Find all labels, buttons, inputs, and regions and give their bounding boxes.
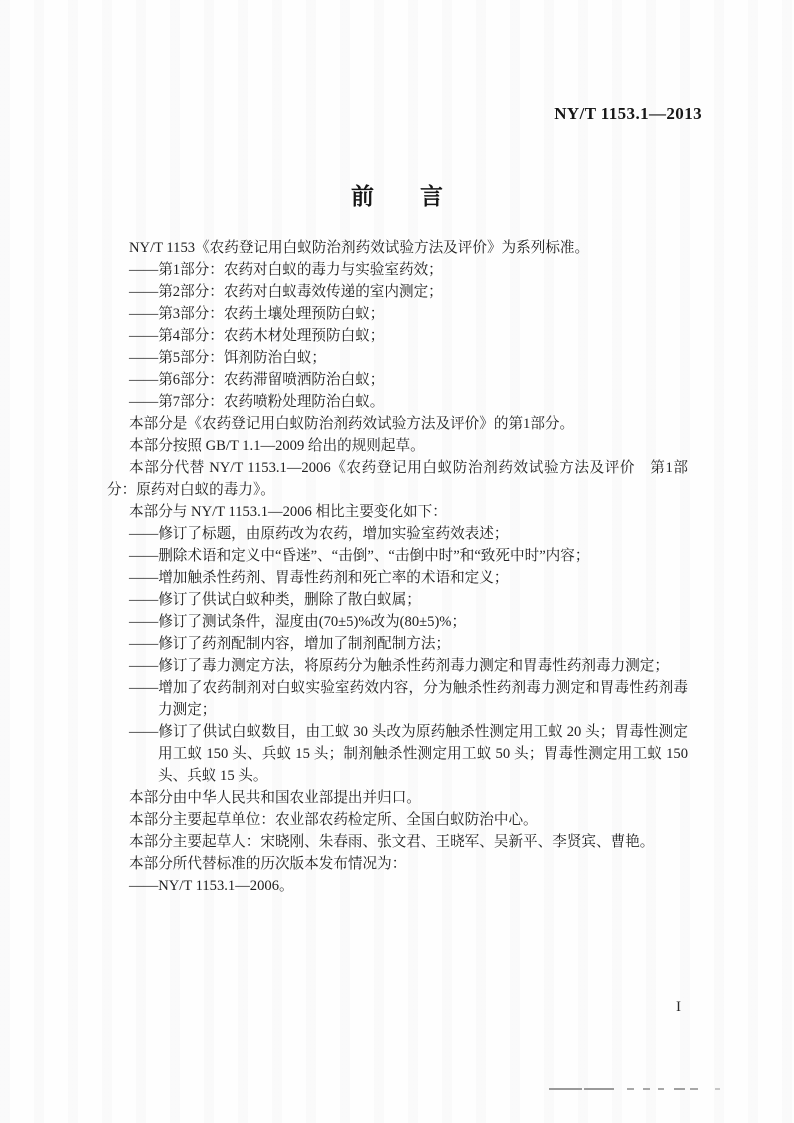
list-item: ——NY/T 1153.1—2006。 (107, 875, 688, 897)
list-item: ——删除术语和定义中“昏迷”、“击倒”、“击倒中时”和“致死中时”内容； (107, 545, 688, 567)
paragraph: 本部分主要起草单位：农业部农药检定所、全国白蚁防治中心。 (107, 809, 688, 831)
scan-dash-marks (549, 1087, 720, 1090)
list-item: ——第6部分：农药滞留喷洒防治白蚁； (107, 369, 688, 391)
body-text: NY/T 1153《农药登记用白蚁防治剂药效试验方法及评价》为系列标准。——第1… (107, 237, 688, 897)
paragraph: 本部分是《农药登记用白蚁防治剂药效试验方法及评价》的第1部分。 (107, 413, 688, 435)
paragraph: 本部分与 NY/T 1153.1—2006 相比主要变化如下： (107, 501, 688, 523)
document-page: NY/T 1153.1—2013 前 言 NY/T 1153《农药登记用白蚁防治… (0, 0, 794, 1123)
page-title: 前 言 (0, 178, 794, 211)
list-item: ——增加触杀性药剂、胃毒性药剂和死亡率的术语和定义； (107, 567, 688, 589)
list-item: ——修订了标题，由原药改为农药，增加实验室药效表述； (107, 523, 688, 545)
list-item: ——修订了毒力测定方法，将原药分为触杀性药剂毒力测定和胃毒性药剂毒力测定； (107, 655, 688, 677)
list-item: ——第4部分：农药木材处理预防白蚁； (107, 325, 688, 347)
list-item: ——修订了供试白蚁数目，由工蚁 30 头改为原药触杀性测定用工蚁 20 头；胃毒… (107, 721, 688, 787)
paragraph: NY/T 1153《农药登记用白蚁防治剂药效试验方法及评价》为系列标准。 (107, 237, 688, 259)
paragraph: 本部分按照 GB/T 1.1—2009 给出的规则起草。 (107, 435, 688, 457)
list-item: ——第2部分：农药对白蚁毒效传递的室内测定； (107, 281, 688, 303)
list-item: ——第1部分：农药对白蚁的毒力与实验室药效； (107, 259, 688, 281)
paragraph: 本部分代替 NY/T 1153.1—2006《农药登记用白蚁防治剂药效试验方法及… (107, 457, 688, 501)
paragraph: 本部分主要起草人：宋晓刚、朱春雨、张文君、王晓军、吴新平、李贤宾、曹艳。 (107, 831, 688, 853)
list-item: ——第7部分：农药喷粉处理防治白蚁。 (107, 391, 688, 413)
page-number: I (676, 999, 681, 1016)
list-item: ——第5部分：饵剂防治白蚁； (107, 347, 688, 369)
standard-number: NY/T 1153.1—2013 (554, 104, 702, 124)
list-item: ——增加了农药制剂对白蚁实验室药效内容，分为触杀性药剂毒力测定和胃毒性药剂毒力测… (107, 677, 688, 721)
paragraph: 本部分所代替标准的历次版本发布情况为： (107, 853, 688, 875)
list-item: ——修订了测试条件，湿度由(70±5)%改为(80±5)%； (107, 611, 688, 633)
paragraph: 本部分由中华人民共和国农业部提出并归口。 (107, 787, 688, 809)
list-item: ——修订了药剂配制内容，增加了制剂配制方法； (107, 633, 688, 655)
list-item: ——第3部分：农药土壤处理预防白蚁； (107, 303, 688, 325)
list-item: ——修订了供试白蚁种类，删除了散白蚁属； (107, 589, 688, 611)
